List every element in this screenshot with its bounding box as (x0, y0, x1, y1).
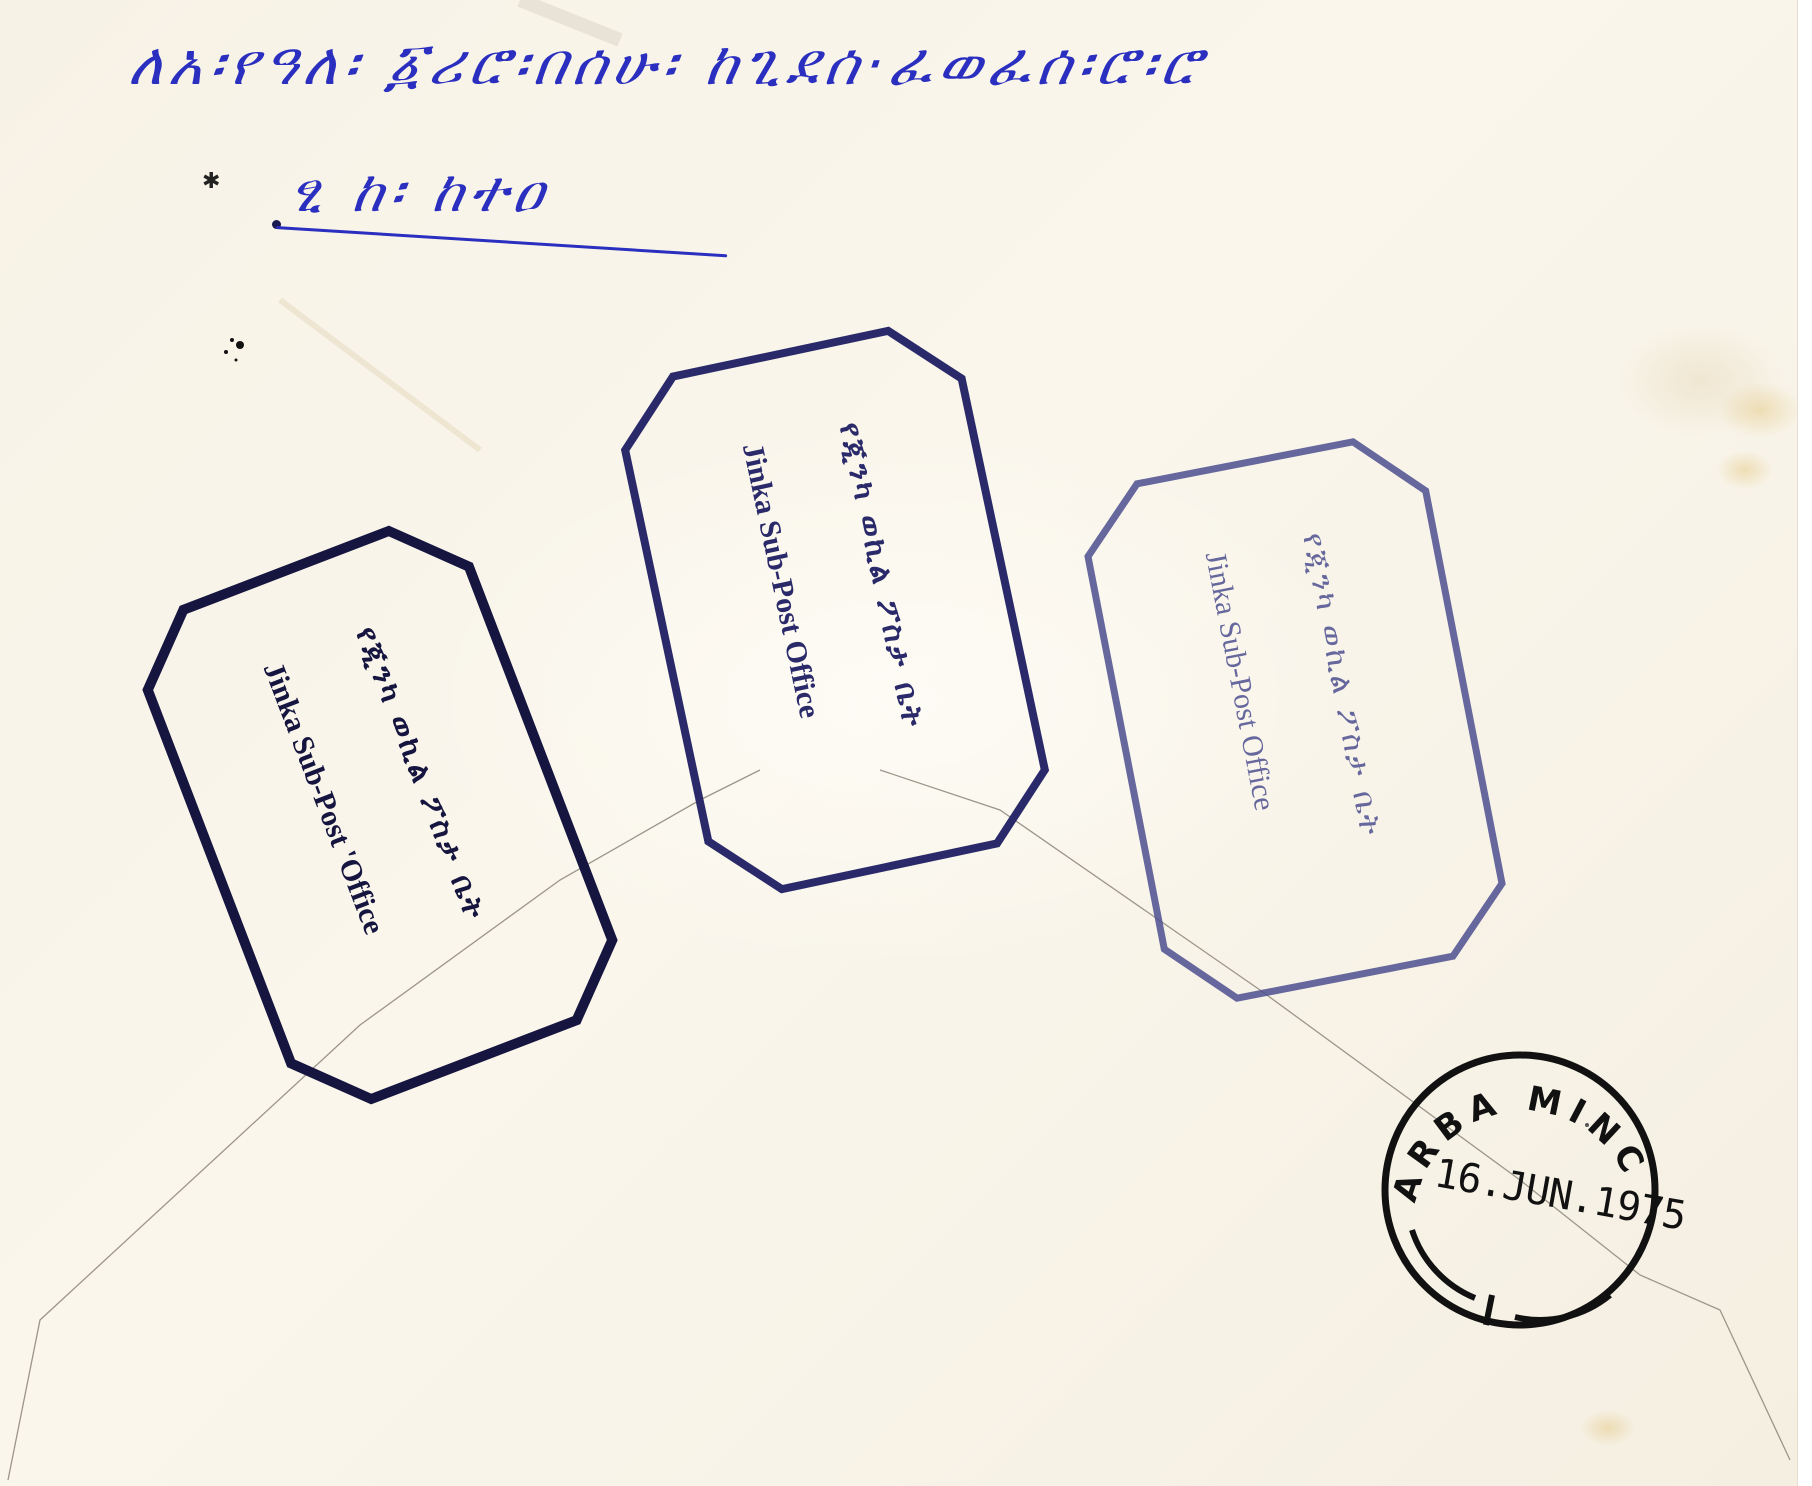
cachet-english-text: Jinka Sub-Post 'Office (256, 658, 391, 939)
cachet-amharic-text: የጂንካ ወኪል ፖስታ ቤት (832, 419, 931, 732)
arba-minch-postmark: ARBA MINCH 16.JUN.1975 (1360, 1040, 1670, 1340)
envelope-back: ለአ፡የዓለ፡ ፩ሪሮ፡በሰሁ፡ ከጊደሰ·ፈወፈሰ፡ሮ፡ሮ ፂ ከ፡ ከተዐ … (0, 0, 1798, 1486)
cachet-english-text: Jinka Sub-Post Office (1198, 549, 1282, 813)
cachet-amharic-text: የጂንካ ወኪል ፖስታ ቤት (1295, 530, 1388, 841)
handwritten-address-line-2: ፂ ከ፡ ከተዐ (285, 160, 554, 226)
cachet-english-text: Jinka Sub-Post Office (735, 440, 826, 721)
handwritten-address-line-1: ለአ፡የዓለ፡ ፩ሪሮ፡በሰሁ፡ ከጊደሰ·ፈወፈሰ፡ሮ፡ሮ (125, 30, 1211, 99)
ink-speck: ✱ (202, 168, 220, 194)
